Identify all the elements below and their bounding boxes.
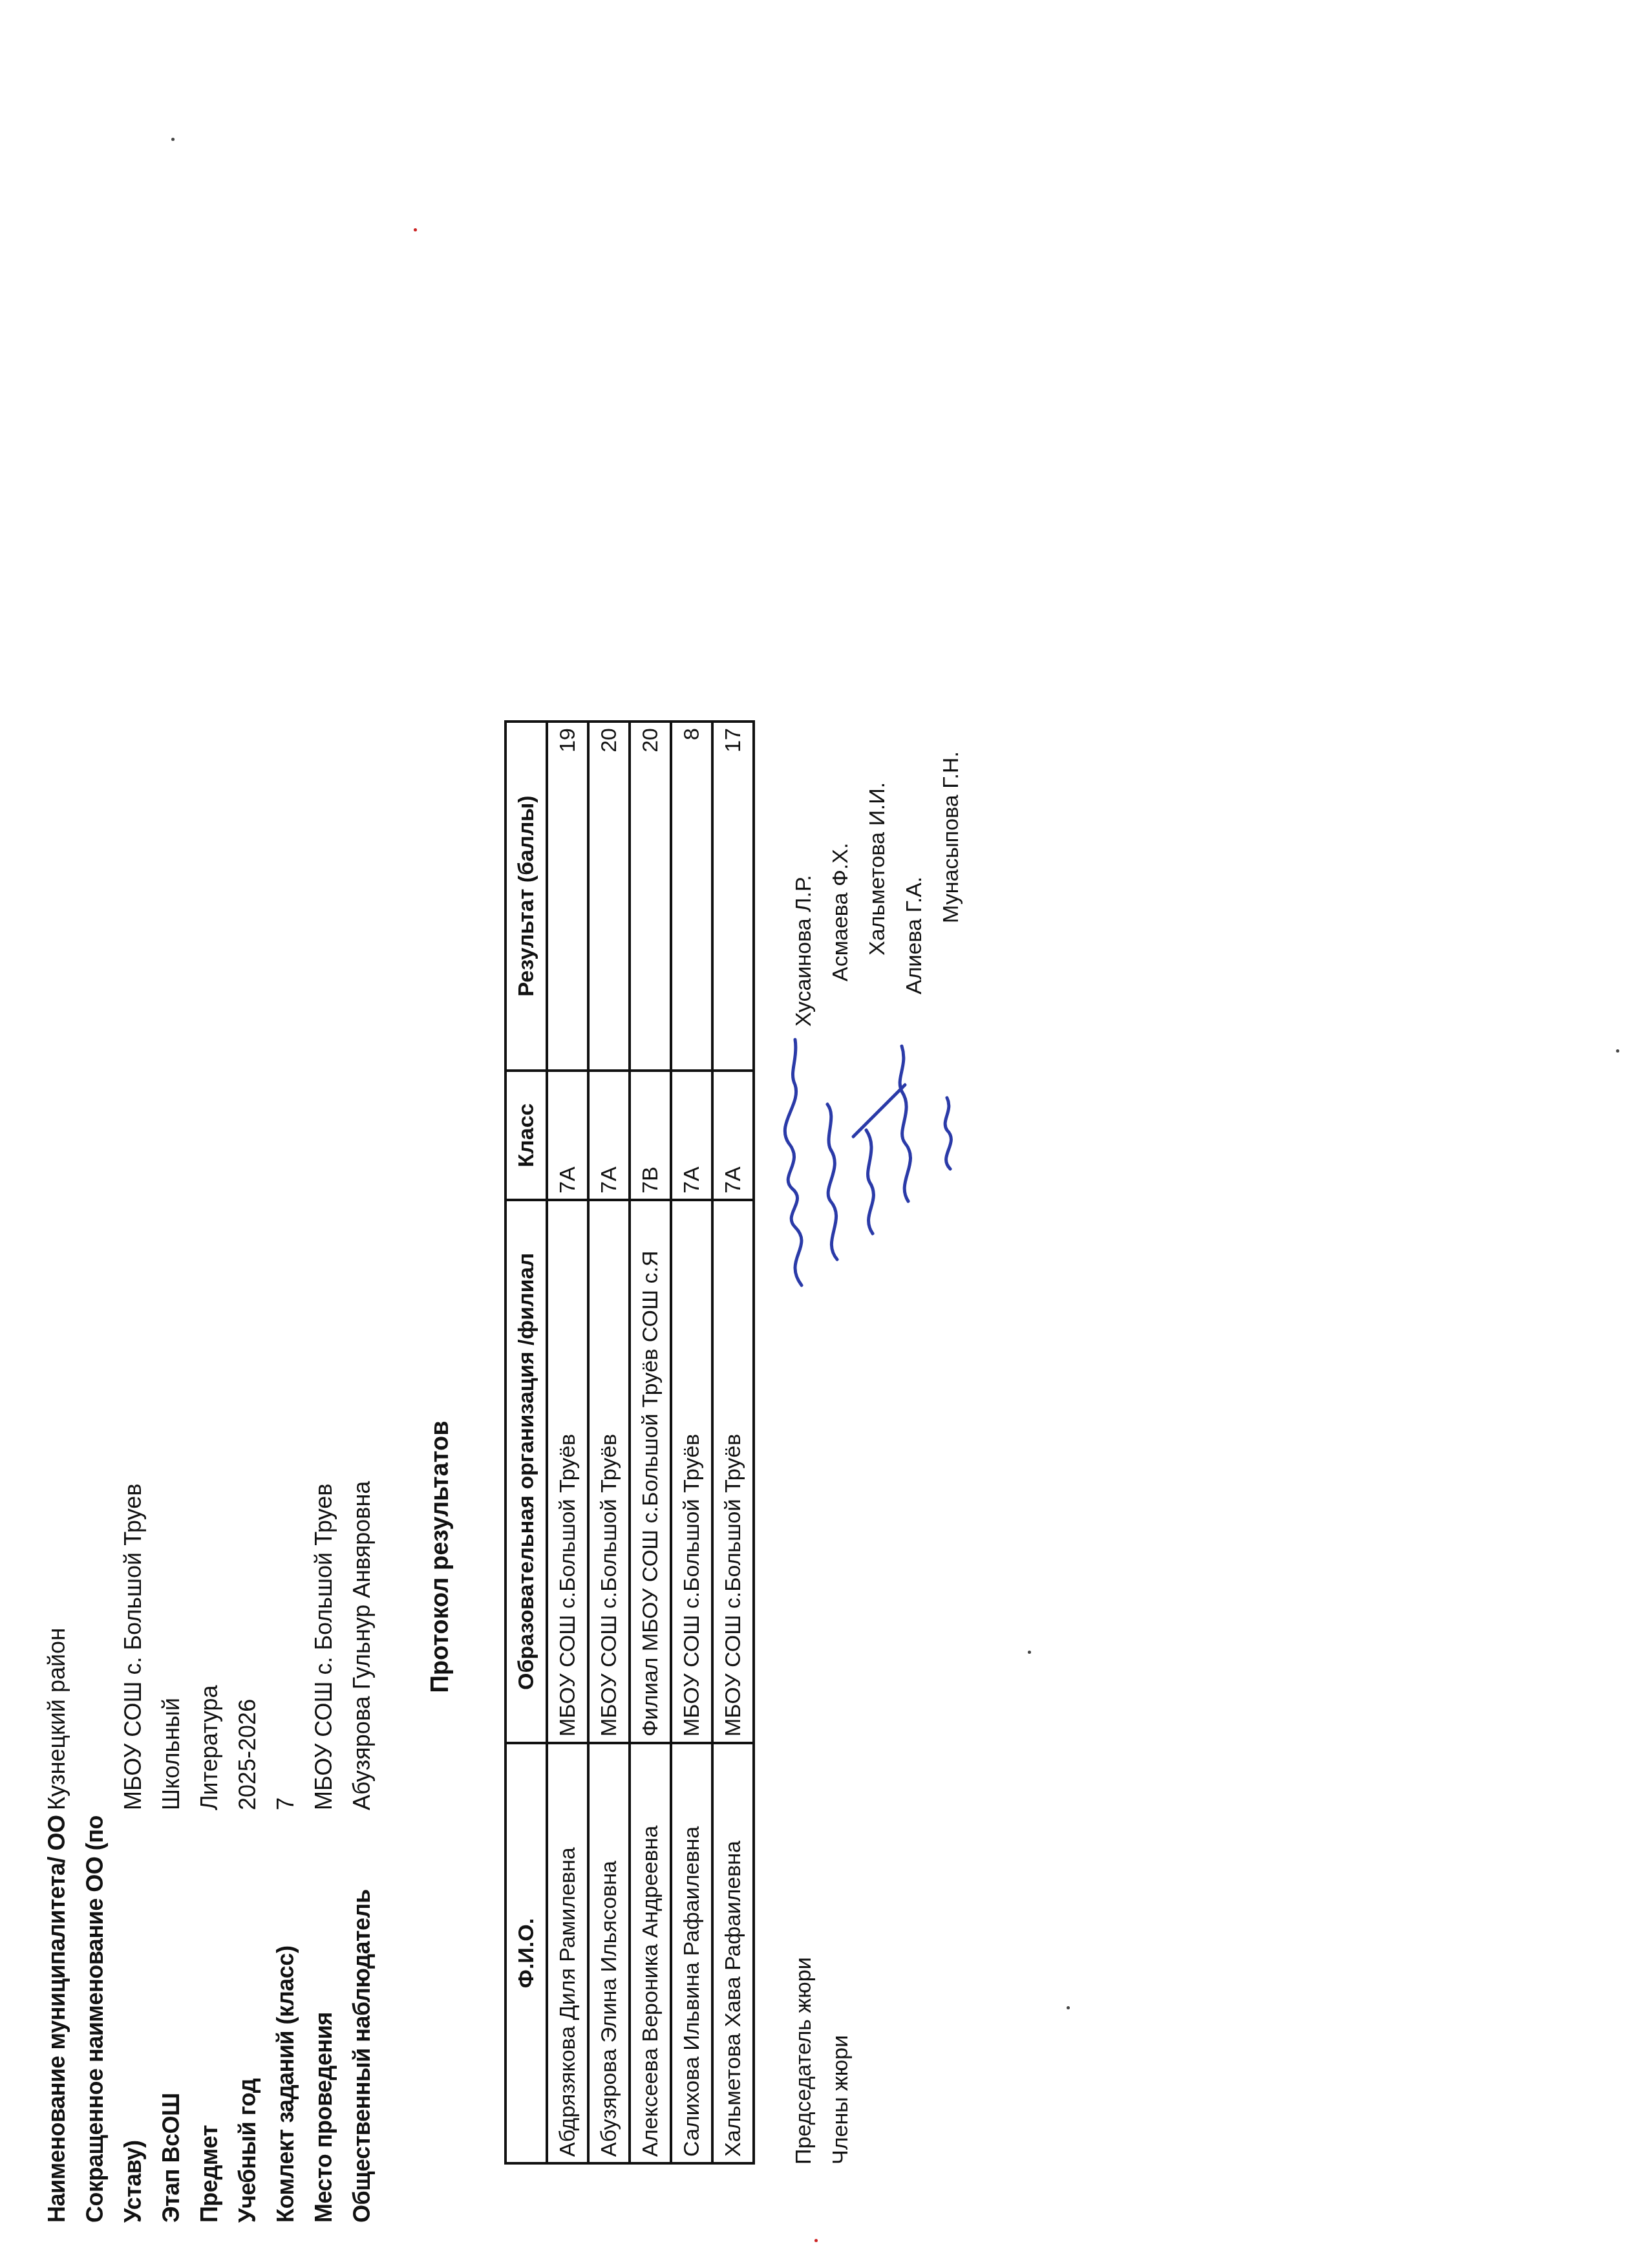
cell-class: 7А <box>588 1071 630 1200</box>
cell-score: 8 <box>671 722 712 1071</box>
info-value: 7 <box>266 1797 304 1810</box>
cell-org: Филиал МБОУ СОШ с.Большой Труёв СОШ с.Я <box>630 1200 671 1743</box>
cell-class: 7А <box>712 1071 754 1200</box>
cell-org: МБОУ СОШ с.Большой Труёв <box>712 1200 754 1743</box>
results-table: Ф.И.О. Образовательная организация /фили… <box>504 720 755 2165</box>
signature-icon <box>776 1027 983 1298</box>
info-label: Комлект заданий (класс) <box>266 1946 304 2223</box>
info-label: Уставу) <box>114 2140 152 2223</box>
jury-members-label: Члены жюри <box>822 1957 859 2165</box>
scan-speck <box>171 138 175 141</box>
table-row: Алексеева Вероника Андреевна Филиал МБОУ… <box>630 722 671 2163</box>
info-value: Кузнецкий район <box>37 1628 76 1810</box>
scan-speck <box>414 228 417 231</box>
scan-speck <box>814 2239 818 2242</box>
cell-name: Хальметова Хава Рафаилевна <box>712 1743 754 2163</box>
table-row: Салихова Ильвина Рафаилевна МБОУ СОШ с.Б… <box>671 722 712 2163</box>
cell-name: Абдрязякова Диля Рамилевна <box>547 1743 588 2163</box>
jury-chair-label: Председатель жюри <box>785 1957 822 2165</box>
header-score: Результат (баллы) <box>505 722 547 1071</box>
jury-name-chair: Хусаинова Л.Р. <box>785 751 822 1027</box>
cell-class: 7А <box>671 1071 712 1200</box>
page-title: Протокол результатов <box>427 846 454 2268</box>
cell-name: Абузярова Элина Ильясовна <box>588 1743 630 2163</box>
info-value: Литература <box>190 1685 228 1810</box>
cell-name: Алексеева Вероника Андреевна <box>630 1743 671 2163</box>
table-row: Абдрязякова Диля Рамилевна МБОУ СОШ с.Бо… <box>547 722 588 2163</box>
info-value: МБОУ СОШ с. Большой Труев <box>304 1484 343 1810</box>
cell-name: Салихова Ильвина Рафаилевна <box>671 1743 712 2163</box>
jury-names: Хусаинова Л.Р. Асмаева Ф.Х. Хальметова И… <box>785 751 970 1027</box>
handwritten-signatures <box>776 1027 983 1298</box>
info-label: Этап ВсОШ <box>152 2093 190 2223</box>
cell-org: МБОУ СОШ с.Большой Труёв <box>547 1200 588 1743</box>
scan-speck <box>1028 1651 1031 1654</box>
table-row: Хальметова Хава Рафаилевна МБОУ СОШ с.Бо… <box>712 722 754 2163</box>
table-header-row: Ф.И.О. Образовательная организация /фили… <box>505 722 547 2163</box>
info-label: Учебный год <box>228 2079 266 2223</box>
header-class: Класс <box>505 1071 547 1200</box>
info-label: Предмет <box>190 2125 228 2223</box>
cell-org: МБОУ СОШ с.Большой Труёв <box>671 1200 712 1743</box>
cell-score: 19 <box>547 722 588 1071</box>
info-label: Сокращенное наименование ОО (по <box>76 1815 114 2223</box>
info-value: 2025-2026 <box>228 1699 266 1810</box>
cell-score: 17 <box>712 722 754 1071</box>
info-value: Абузярова Гульнур Анвяровна <box>343 1481 381 1810</box>
header-org: Образовательная организация /филиал <box>505 1200 547 1743</box>
document-page: Наименование муниципалитета/ ОО Кузнецки… <box>0 0 1649 2268</box>
info-value: МБОУ СОШ с. Большой Труев <box>114 1484 152 1810</box>
info-label: Общественный наблюдатель <box>343 1889 381 2223</box>
cell-score: 20 <box>588 722 630 1071</box>
jury-name-member: Алиева Г.А. <box>896 751 933 1027</box>
scan-speck <box>1616 1049 1619 1053</box>
jury-labels: Председатель жюри Члены жюри <box>785 1957 859 2165</box>
table-row: Абузярова Элина Ильясовна МБОУ СОШ с.Бол… <box>588 722 630 2163</box>
cell-org: МБОУ СОШ с.Большой Труёв <box>588 1200 630 1743</box>
info-value: Школьный <box>152 1698 190 1810</box>
info-label: Место проведения <box>304 2012 343 2223</box>
header-name: Ф.И.О. <box>505 1743 547 2163</box>
cell-score: 20 <box>630 722 671 1071</box>
jury-name-member: Мунасыпова Г.Н. <box>933 751 970 1027</box>
info-label: Наименование муниципалитета/ ОО <box>37 1815 76 2223</box>
cell-class: 7А <box>547 1071 588 1200</box>
jury-name-member: Асмаева Ф.Х. <box>822 751 859 1027</box>
scan-speck <box>1067 2006 1070 2009</box>
cell-class: 7В <box>630 1071 671 1200</box>
jury-name-member: Хальметова И.И. <box>859 751 896 1027</box>
